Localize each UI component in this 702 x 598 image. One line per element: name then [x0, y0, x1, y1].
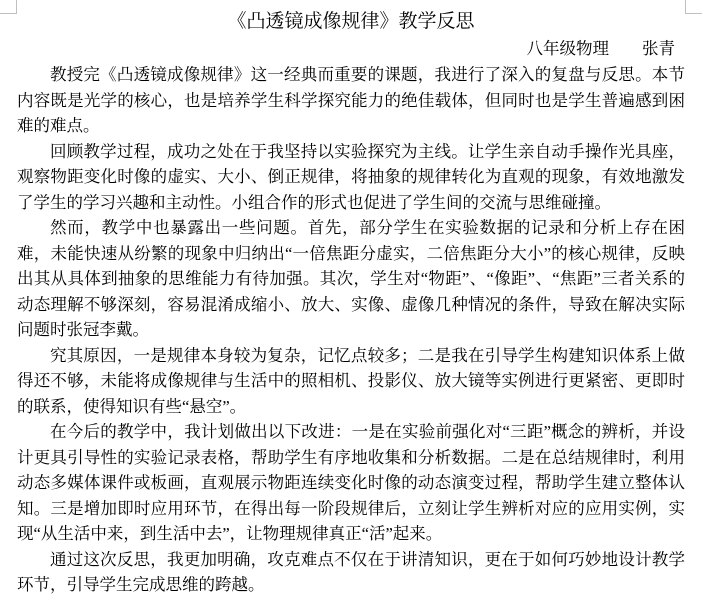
paragraph-intro: 教授完《凸透镜成像规律》这一经典而重要的课题，我进行了深入的复盘与反思。本节内容…	[17, 62, 685, 139]
page-margin-mark-top-right	[685, 0, 702, 14]
paragraph-problems: 然而，教学中也暴露出一些问题。首先，部分学生在实验数据的记录和分析上存在困难，未…	[17, 215, 685, 343]
document-byline: 八年级物理 张青	[17, 36, 685, 62]
document-title: 《凸透镜成像规律》教学反思	[17, 8, 685, 36]
document-page: 《凸透镜成像规律》教学反思 八年级物理 张青 教授完《凸透镜成像规律》这一经典而…	[0, 0, 702, 598]
paragraph-conclusion: 通过这次反思，我更加明确，攻克难点不仅在于讲清知识，更在于如何巧妙地设计教学环节…	[17, 547, 685, 598]
paragraph-causes: 究其原因，一是规律本身较为复杂，记忆点较多；二是我在引导学生构建知识体系上做得还…	[17, 343, 685, 420]
paragraph-successes: 回顾教学过程，成功之处在于我坚持以实验探究为主线。让学生亲自动手操作光具座，观察…	[17, 139, 685, 216]
document-content: 《凸透镜成像规律》教学反思 八年级物理 张青 教授完《凸透镜成像规律》这一经典而…	[17, 0, 685, 598]
paragraph-improvements: 在今后的教学中，我计划做出以下改进：一是在实验前强化对“三距”概念的辨析，并设计…	[17, 419, 685, 547]
page-margin-mark-top-left	[0, 0, 17, 14]
